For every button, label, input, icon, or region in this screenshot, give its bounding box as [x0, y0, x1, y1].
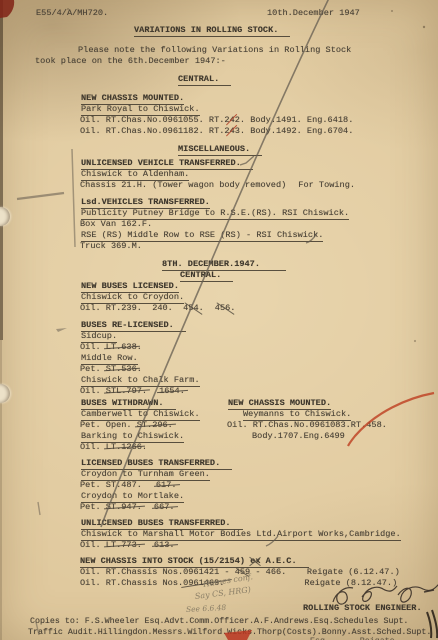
punch-hole — [0, 207, 10, 226]
bus-number-marked: 454. — [183, 303, 204, 313]
section-heading-central-2: CENTRAL. — [180, 270, 233, 282]
body-engine-row: Body.1707.Eng.6499 — [252, 431, 345, 442]
row-text: . — [382, 420, 387, 430]
fleet-number-red-struck: 243 — [224, 126, 239, 136]
bus-numbers-row: Oil. LT.1266. — [80, 442, 147, 453]
row-text: Oil. — [80, 342, 106, 352]
row-text: . Body.1492. Eng.6704. — [240, 126, 353, 136]
bus-number-struck: 667. — [154, 502, 175, 512]
paper-speck — [391, 10, 393, 12]
row-text: Oil. RT.Chassis Nos.0961421 - — [80, 567, 235, 577]
vehicle-row: Truck 369.M. — [80, 241, 142, 252]
row-text: Pet. — [80, 502, 106, 512]
bus-number-struck: 613. — [154, 540, 175, 550]
row-text: Chassis 21.H. (Tower wagon body removed) — [80, 180, 286, 190]
scanned-memo-page: E55/4/A/MH720. 10th.December 1947 VARIAT… — [0, 0, 438, 640]
vehicle-detail-row: Chassis 21.H. (Tower wagon body removed)… — [80, 180, 355, 191]
bus-number-struck: LT.1266 — [106, 442, 142, 452]
section-heading-central: CENTRAL. — [178, 74, 231, 86]
paper-speck — [423, 26, 425, 28]
chassis-row: Oil. RT.Chas.No.0961182. RT.243. Body.14… — [80, 126, 353, 137]
bus-numbers-row: Oil. LT.773.613. — [80, 540, 175, 551]
pencil-note-3: See 6.6.48 — [186, 603, 227, 615]
heading-text: NEW CHASSIS INTO STOCK (15/2154) — [80, 556, 250, 566]
chassis-row: Oil. RT.Chas.No.0961083.RT.458. — [227, 420, 387, 431]
word-crossed-out: ex — [250, 556, 260, 566]
pencil-margin-dash — [17, 193, 64, 199]
pencil-arrow-mark — [56, 328, 67, 332]
row-text: . — [137, 342, 142, 352]
towing-note: For Towing. — [286, 180, 355, 190]
section-heading-miscellaneous: MISCELLANEOUS. — [178, 144, 262, 156]
fleet-number: 458 — [366, 420, 381, 430]
intro-line-2: took place on the 6th.December 1947:- — [35, 56, 226, 67]
bus-numbers-row: Oil. LT.638. — [80, 342, 142, 353]
row-text: - 466. Reigate (6.12.47.) — [250, 567, 400, 577]
document-date: 10th.December 1947 — [267, 8, 360, 19]
chassis-row: Oil. RT.Chas.No.0961055. RT.242. Body.14… — [80, 115, 353, 126]
fleet-number-red-struck: 242 — [224, 115, 239, 125]
row-text: Oil. — [80, 540, 106, 550]
signoff-rolling-stock-engineer: ROLLING STOCK ENGINEER. — [303, 603, 422, 614]
scan-edge-shadow — [0, 0, 3, 340]
copies-to-line: Copies to: F.S.Wheeler Esq.Advt.Comm.Off… — [30, 616, 408, 627]
row-text: Oil. — [80, 442, 106, 452]
bus-number-struck: LT.773. — [106, 540, 142, 550]
bus-number-struck: ST.947. — [106, 502, 142, 512]
row-text: Oil. RT.Chassis Nos. — [80, 578, 183, 588]
row-text: Pet. — [80, 364, 106, 374]
row-text: Oil. RT.239. 240. — [80, 303, 183, 313]
row-text: Pet. ST.487. — [80, 480, 142, 490]
bus-number-struck: LT.638 — [106, 342, 137, 352]
bus-number-struck: 1654. — [159, 386, 185, 396]
heading-text: A.E.C. — [261, 556, 297, 566]
row-text: . — [137, 364, 142, 374]
row-text: Pet. Open. — [80, 420, 137, 430]
document-title: VARIATIONS IN ROLLING STOCK. — [134, 25, 290, 37]
row-text: Oil. RT.Chas.No.0961055. RT. — [80, 115, 224, 125]
bus-numbers-row: Pet. ST.947.667. — [80, 502, 175, 513]
vehicle-row: Box Van 162.F. — [80, 219, 152, 230]
bus-number-struck: ST.536 — [106, 364, 137, 374]
ink-mark — [432, 610, 437, 638]
reference-number: E55/4/A/MH720. — [36, 8, 108, 19]
row-text: Oil. RT.Chas.No.0961182. RT. — [80, 126, 224, 136]
bus-number-struck: ST.296. — [137, 420, 173, 430]
bus-number-struck: 617. — [156, 480, 177, 490]
pencil-margin-tick — [38, 502, 40, 515]
paper-speck — [414, 340, 416, 342]
row-text: Oil. — [80, 386, 106, 396]
bus-number-marked: 456. — [215, 303, 236, 313]
bus-numbers-row: Pet. ST.487.617. — [80, 480, 177, 491]
red-stamp-fragment — [0, 0, 14, 18]
pencil-margin-line — [72, 149, 75, 247]
punch-hole — [0, 384, 10, 403]
bus-number-struck: STL.797. — [106, 386, 147, 396]
cut-off-partial-line: Esq. Reigate. — [310, 636, 400, 640]
bus-numbers-row: Oil. STL.797.1654. — [80, 386, 185, 397]
bus-numbers-row: Pet. Open. ST.296. — [80, 420, 173, 431]
row-text: Oil. RT.Chas.No.0961083.RT. — [227, 420, 366, 430]
bus-numbers-row: Pet. ST.536. — [80, 364, 142, 375]
annotation-overlay — [0, 0, 438, 640]
row-text: . — [142, 442, 147, 452]
row-text: . Body.1491. Eng.6418. — [240, 115, 353, 125]
bus-numbers-row: Oil. RT.239. 240. 454.456. — [80, 303, 235, 314]
intro-line-1: Please note the following Variations in … — [78, 45, 351, 56]
